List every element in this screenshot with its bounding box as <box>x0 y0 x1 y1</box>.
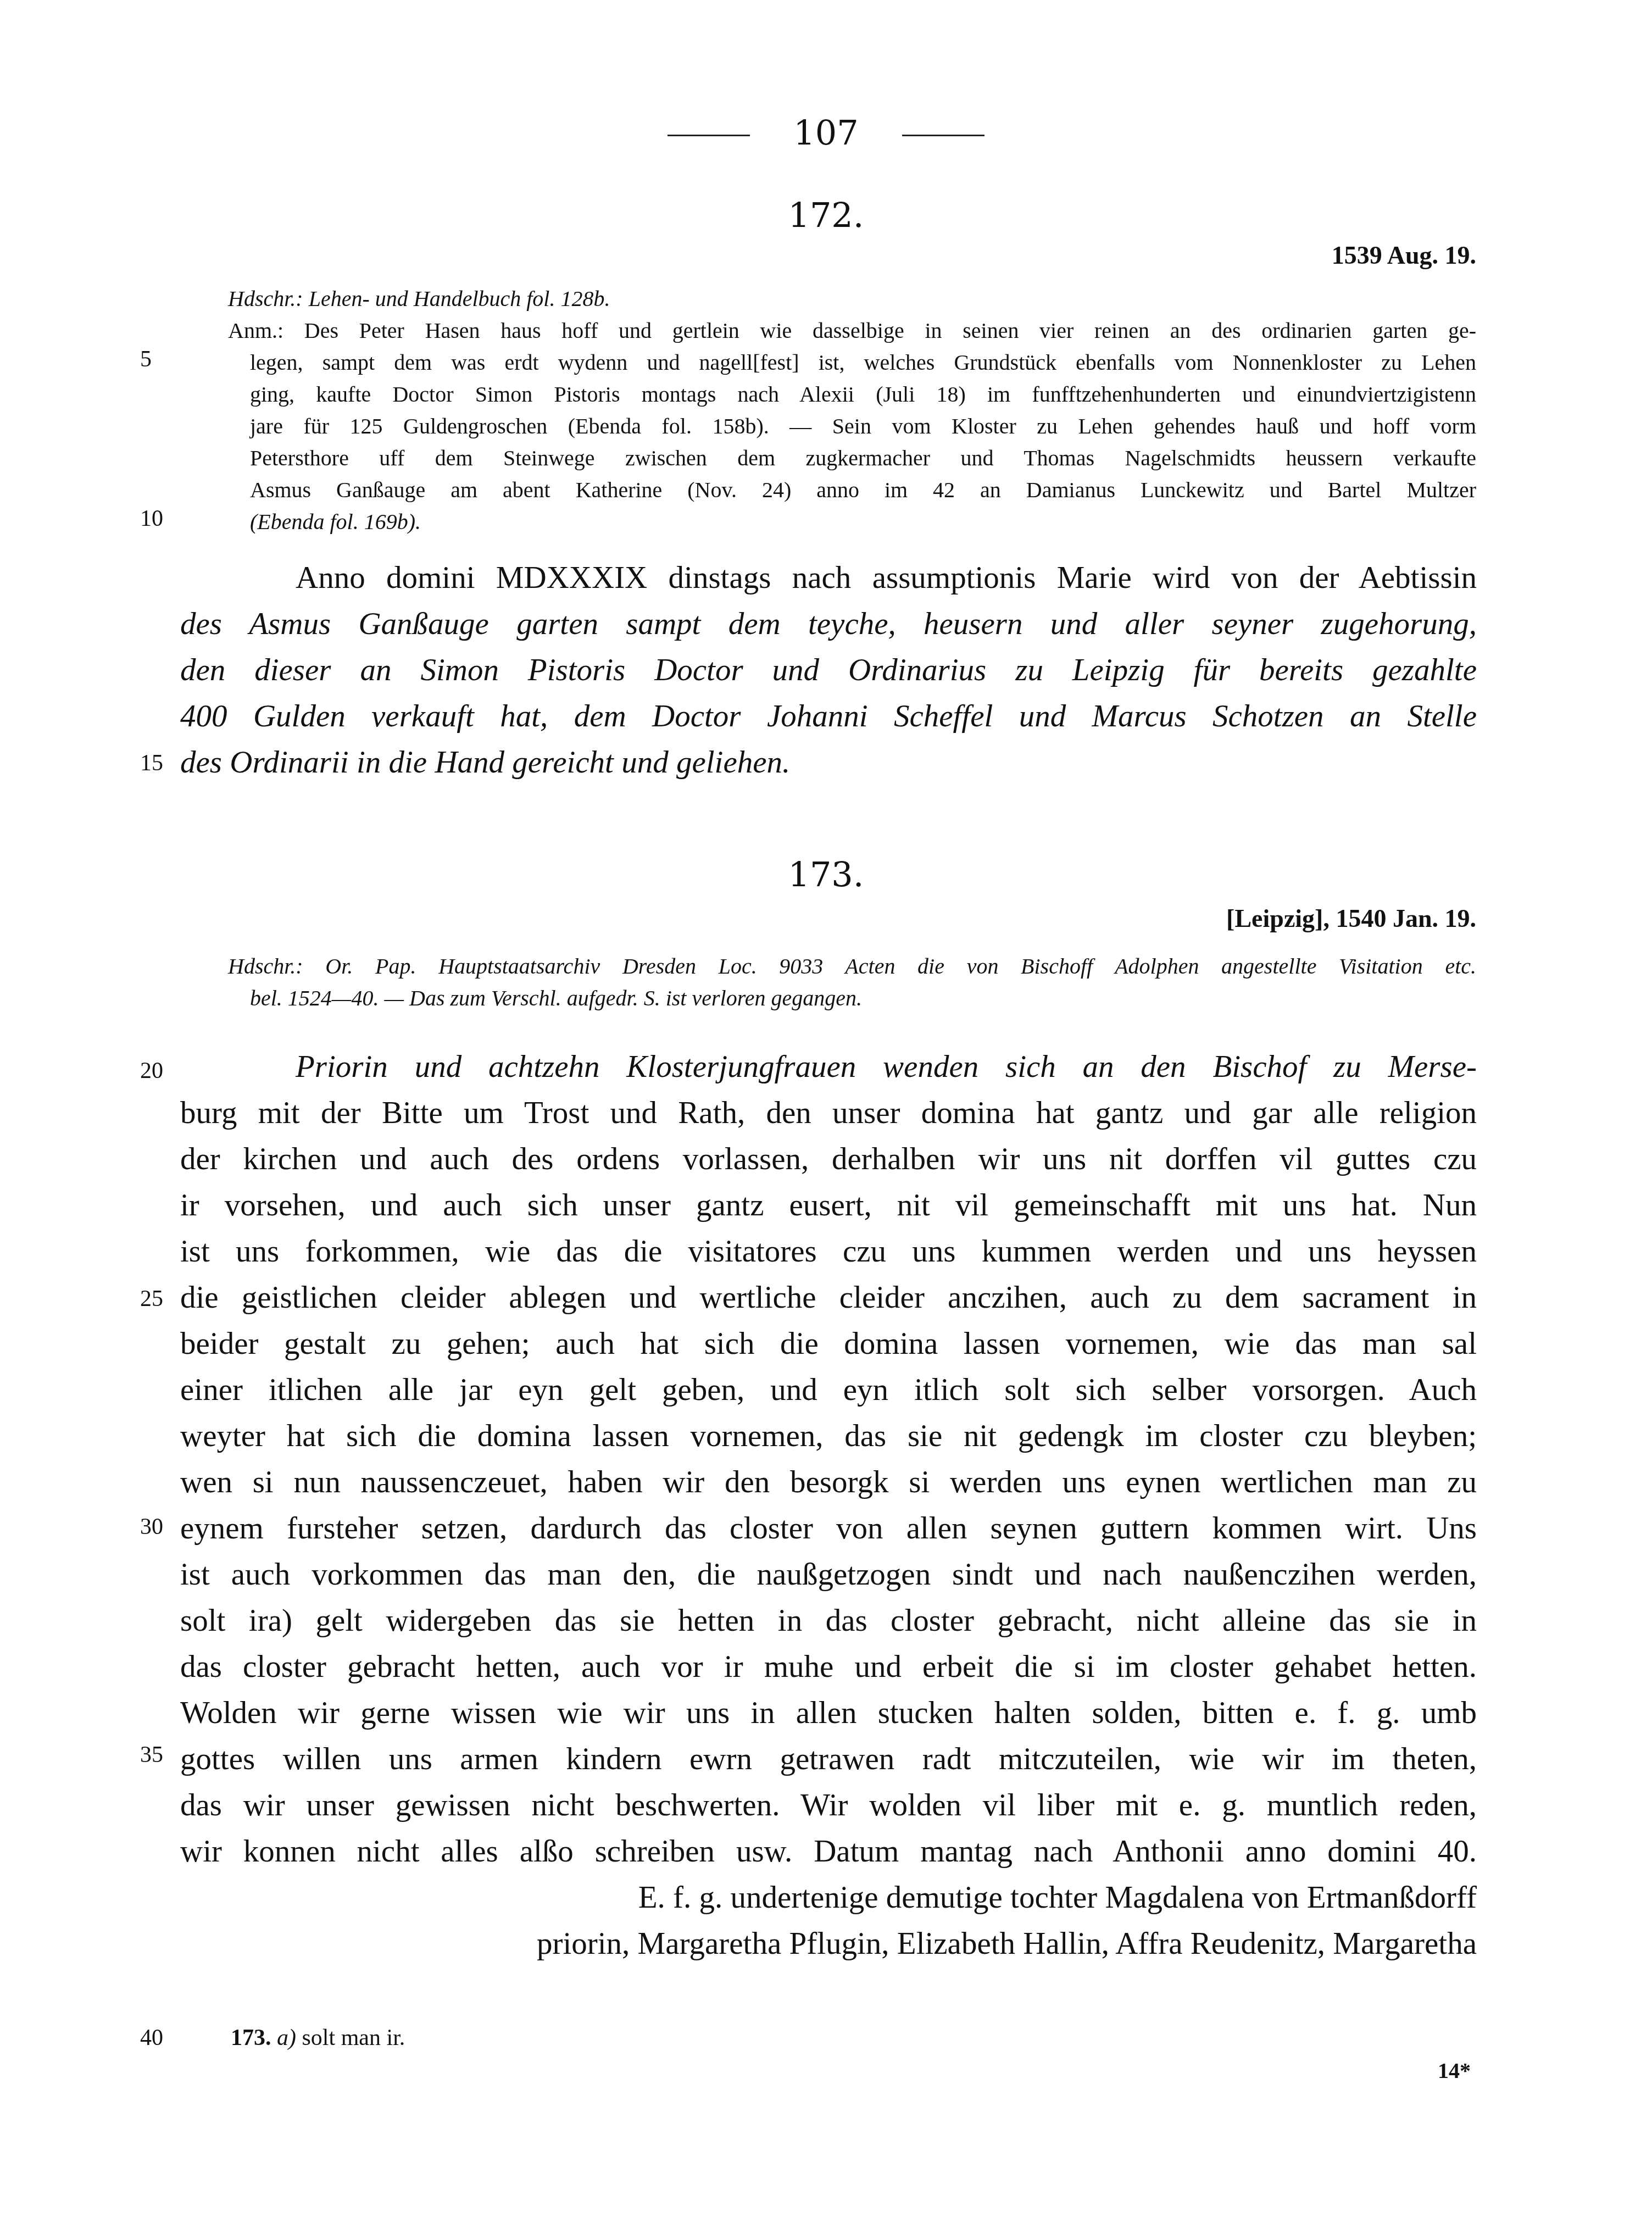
body-line: ir vorsehen, und auch sich unser gantz e… <box>180 1182 1477 1229</box>
doc-172-number: 172. <box>0 195 1652 235</box>
document-page: 107 172. 1539 Aug. 19. Hdschr.: Lehen- u… <box>0 0 1652 2234</box>
line-number: 30 <box>140 1514 163 1540</box>
page-header: 107 <box>0 113 1652 153</box>
anm-line: Anm.: Des Peter Hasen haus hoff und gert… <box>228 315 1476 347</box>
doc-173-date: [Leipzig], 1540 Jan. 19. <box>1226 904 1476 933</box>
line-number: 25 <box>140 1286 163 1312</box>
line-number: 15 <box>140 750 163 776</box>
body-line: das closter gebracht hetten, auch vor ir… <box>180 1644 1477 1690</box>
body-line: wen si nun naussenczeuet, haben wir den … <box>180 1459 1477 1505</box>
signature-line: priorin, Margaretha Pflugin, Elizabeth H… <box>180 1921 1477 1967</box>
body-line: ist auch vorkommen das man den, die nauß… <box>180 1552 1477 1598</box>
body-line: wir konnen nicht alles alßo schreiben us… <box>180 1829 1477 1875</box>
anm-line: legen, sampt dem was erdt wydenn und nag… <box>228 347 1476 379</box>
body-line: der kirchen und auch des ordens vorlasse… <box>180 1136 1477 1182</box>
line-number: 10 <box>140 505 163 532</box>
doc-172-date: 1539 Aug. 19. <box>1332 241 1476 270</box>
body-line: ist uns forkommen, wie das die visitator… <box>180 1229 1477 1275</box>
anm-line: Petersthore uff dem Steinwege zwischen d… <box>228 442 1476 474</box>
footnote-marker: a) <box>277 2025 296 2050</box>
body-line: beider gestalt zu gehen; auch hat sich d… <box>180 1321 1477 1367</box>
body-line: die geistlichen cleider ablegen und wert… <box>180 1275 1477 1321</box>
doc-172-apparatus: Hdschr.: Lehen- und Handelbuch fol. 128b… <box>228 283 1476 538</box>
signature-line: E. f. g. undertenige demutige tochter Ma… <box>180 1875 1477 1921</box>
line-number: 20 <box>140 1058 163 1084</box>
line-number: 35 <box>140 1742 163 1768</box>
header-rule-right <box>902 135 984 136</box>
body-line: gottes willen uns armen kindern ewrn get… <box>180 1736 1477 1782</box>
body-line: des Asmus Ganßauge garten sampt dem teyc… <box>180 601 1477 647</box>
body-line: burg mit der Bitte um Trost und Rath, de… <box>180 1090 1477 1136</box>
footnote-ref: 173. <box>231 2025 271 2050</box>
body-line: das wir unser gewissen nicht beschwerten… <box>180 1782 1477 1829</box>
doc-173-body: Priorin und achtzehn Klosterjungfrauen w… <box>180 1044 1477 1967</box>
body-line: eynem fursteher setzen, dardurch das clo… <box>180 1505 1477 1552</box>
body-line: solt ira) gelt widergeben das sie hetten… <box>180 1598 1477 1644</box>
doc-172-hdschr: Hdschr.: Lehen- und Handelbuch fol. 128b… <box>228 283 1476 315</box>
anm-line: ging, kaufte Doctor Simon Pistoris monta… <box>228 379 1476 410</box>
anm-line: jare für 125 Guldengroschen (Ebenda fol.… <box>228 410 1476 442</box>
anm-line: (Ebenda fol. 169b). <box>228 506 1476 538</box>
doc-173-apparatus: Hdschr.: Or. Pap. Hauptstaatsarchiv Dres… <box>228 951 1476 1014</box>
anm-line: Asmus Ganßauge am abent Katherine (Nov. … <box>228 474 1476 506</box>
hdschr-line: Hdschr.: Or. Pap. Hauptstaatsarchiv Dres… <box>228 951 1476 982</box>
body-line: Wolden wir gerne wissen wie wir uns in a… <box>180 1690 1477 1736</box>
body-line: einer itlichen alle jar eyn gelt geben, … <box>180 1367 1477 1413</box>
doc-172-body: Anno domini MDXXXIX dinstags nach assump… <box>180 555 1477 786</box>
page-number: 107 <box>793 113 858 153</box>
doc-173-number: 173. <box>0 854 1652 894</box>
hdschr-line: bel. 1524—40. — Das zum Verschl. aufgedr… <box>228 982 1476 1014</box>
header-rule-left <box>668 135 750 136</box>
body-line: des Ordinarii in die Hand gereicht und g… <box>180 740 1477 786</box>
body-line: weyter hat sich die domina lassen vornem… <box>180 1413 1477 1459</box>
footnote-text: solt man ir. <box>302 2025 405 2050</box>
body-line: den dieser an Simon Pistoris Doctor und … <box>180 647 1477 693</box>
line-number: 5 <box>140 346 152 373</box>
body-line: Priorin und achtzehn Klosterjungfrauen w… <box>180 1044 1477 1090</box>
footnote: 173. a) solt man ir. <box>231 2025 405 2051</box>
line-number: 40 <box>140 2025 163 2051</box>
body-line: Anno domini MDXXXIX dinstags nach assump… <box>180 555 1477 601</box>
printer-signature: 14* <box>1438 2058 1471 2083</box>
body-line: 400 Gulden verkauft hat, dem Doctor Joha… <box>180 693 1477 740</box>
